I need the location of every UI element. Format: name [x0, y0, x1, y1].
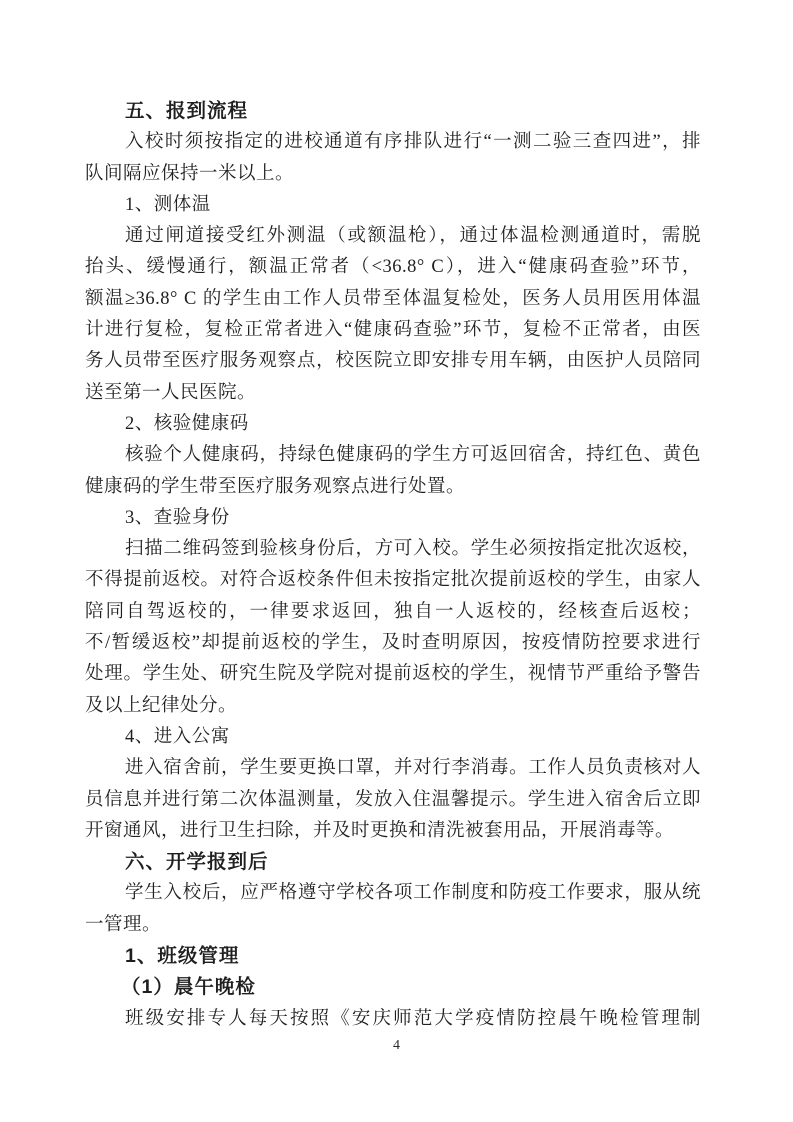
- paragraph-line: 不得提前返校。对符合返校条件但未按指定批次提前返校的学生，由家人: [85, 565, 701, 596]
- document-body: 五、报到流程 入校时须按指定的进校通道有序排队进行“一测二验三查四进”，排 队间…: [85, 96, 701, 1035]
- section-heading-line: 五、报到流程: [85, 96, 701, 127]
- paragraph-line: 入校时须按指定的进校通道有序排队进行“一测二验三查四进”，排: [85, 127, 701, 158]
- paragraph-line: 学生入校后，应严格遵守学校各项工作制度和防疫工作要求，服从统: [85, 878, 701, 909]
- subheading-line: 4、进入公寓: [85, 722, 701, 753]
- document-page: 五、报到流程 入校时须按指定的进校通道有序排队进行“一测二验三查四进”，排 队间…: [0, 0, 793, 1122]
- paragraph-line: 及以上纪律处分。: [85, 691, 701, 722]
- paragraph-line: 务人员带至医疗服务观察点，校医院立即安排专用车辆，由医护人员陪同: [85, 346, 701, 377]
- paragraph-line: 扫描二维码签到验核身份后，方可入校。学生必须按指定批次返校，: [85, 534, 701, 565]
- paragraph-line: 核验个人健康码，持绿色健康码的学生方可返回宿舍，持红色、黄色: [85, 440, 701, 471]
- section-heading-line: 六、开学报到后: [85, 847, 701, 878]
- subheading-line: 2、核验健康码: [85, 409, 701, 440]
- page-number: 4: [393, 1038, 400, 1053]
- paragraph-line: 班级安排专人每天按照《安庆师范大学疫情防控晨午晚检管理制度》，: [85, 1004, 701, 1035]
- paragraph-line: 计进行复检，复检正常者进入“健康码查验”环节，复检不正常者，由医: [85, 315, 701, 346]
- subheading-line: 3、查验身份: [85, 503, 701, 534]
- subheading-line: 1、测体温: [85, 190, 701, 221]
- paragraph-line: 处理。学生处、研究生院及学院对提前返校的学生，视情节严重给予警告: [85, 659, 701, 690]
- paragraph-line: 抬头、缓慢通行，额温正常者（<36.8° C），进入“健康码查验”环节，: [85, 252, 701, 283]
- paragraph-line: 通过闸道接受红外测温（或额温枪），通过体温检测通道时，需脱帽、: [85, 221, 701, 252]
- subsection-heading-line: 1、班级管理: [85, 941, 701, 972]
- paragraph-line: 进入宿舍前，学生要更换口罩，并对行李消毒。工作人员负责核对人: [85, 753, 701, 784]
- paragraph-line: 队间隔应保持一米以上。: [85, 159, 701, 190]
- page-footer: 4: [0, 1038, 793, 1054]
- paragraph-line: 一管理。: [85, 910, 701, 941]
- paragraph-line: 陪同自驾返校的，一律要求返回，独自一人返校的，经核查后返校；对“暂: [85, 597, 701, 628]
- paragraph-line: 额温≥36.8° C 的学生由工作人员带至体温复检处，医务人员用医用体温: [85, 284, 701, 315]
- subsubsection-heading-line: （1）晨午晚检: [85, 972, 701, 1003]
- paragraph-line: 健康码的学生带至医疗服务观察点进行处置。: [85, 472, 701, 503]
- paragraph-line: 不/暂缓返校”却提前返校的学生，及时查明原因，按疫情防控要求进行: [85, 628, 701, 659]
- paragraph-line: 员信息并进行第二次体温测量，发放入住温馨提示。学生进入宿舍后立即: [85, 785, 701, 816]
- paragraph-line: 送至第一人民医院。: [85, 378, 701, 409]
- paragraph-line: 开窗通风，进行卫生扫除，并及时更换和清洗被套用品，开展消毒等。: [85, 816, 701, 847]
